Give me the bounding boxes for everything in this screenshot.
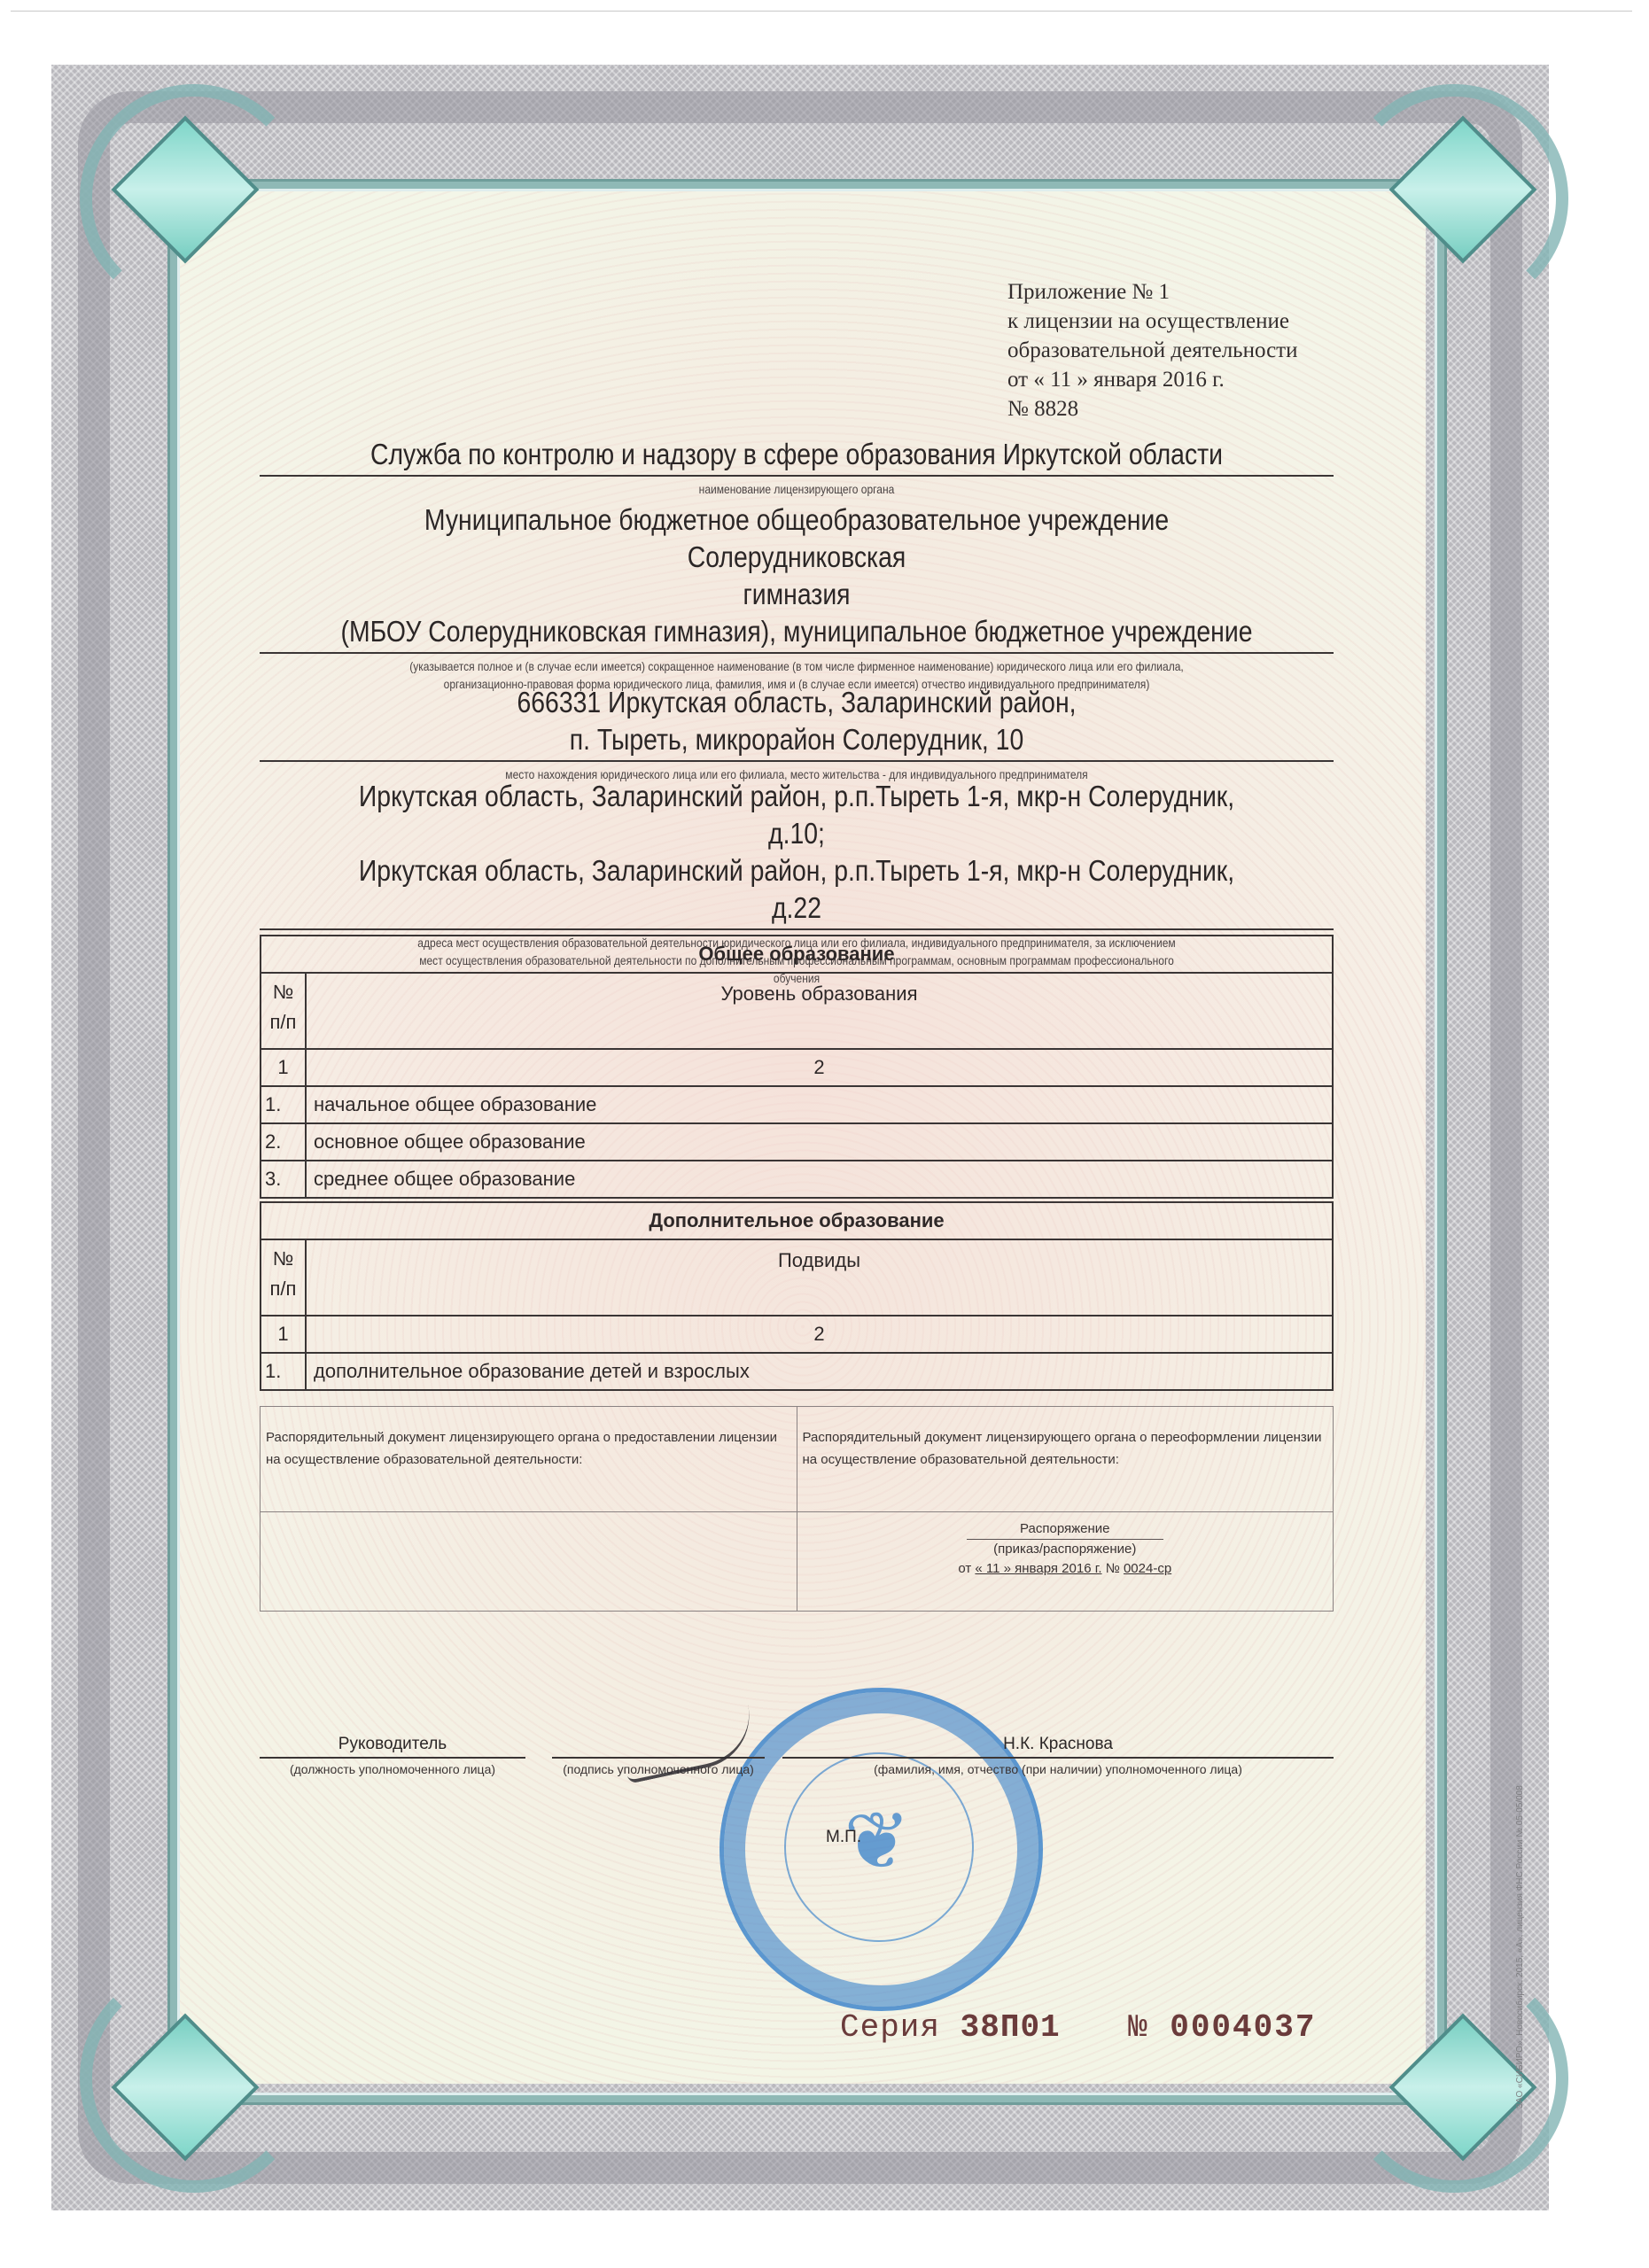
appendix-date: от « 11 » января 2016 г.	[1007, 365, 1298, 394]
corner-ornament-icon	[1365, 84, 1568, 288]
organization-field: Муниципальное бюджетное общеобразователь…	[260, 501, 1334, 693]
licensing-authority-name: Служба по контролю и надзору в сфере обр…	[335, 436, 1258, 473]
organization-name-line: (МБОУ Солерудниковская гимназия), муници…	[335, 613, 1258, 650]
appendix-header: Приложение № 1 к лицензии на осуществлен…	[1007, 277, 1298, 423]
table-row: 2. основное общее образование	[261, 1123, 1333, 1161]
section-title: Дополнительное образование	[261, 1202, 1333, 1239]
education-level: основное общее образование	[306, 1123, 1333, 1161]
row-number: 1.	[261, 1086, 306, 1123]
organization-name-line: гимназия	[335, 576, 1258, 613]
order-type: Распоряжение	[967, 1519, 1163, 1540]
corner-ornament-icon	[80, 84, 284, 288]
field-caption: (фамилия, имя, отчество (при наличии) уп…	[782, 1759, 1334, 1780]
form-series: Серия 38П01	[840, 2009, 1061, 2046]
appendix-license-number: № 8828	[1007, 394, 1298, 423]
table-row: 1. дополнительное образование детей и вз…	[261, 1353, 1333, 1390]
organization-name-line: Муниципальное бюджетное общеобразователь…	[335, 501, 1258, 576]
column-index: 2	[306, 1049, 1333, 1086]
row-number: 3.	[261, 1161, 306, 1198]
column-index: 2	[306, 1316, 1333, 1353]
field-caption: (указывается полное и (в случае если име…	[335, 657, 1258, 675]
education-level: среднее общее образование	[306, 1161, 1333, 1198]
field-rule	[260, 475, 1334, 477]
column-index: 1	[261, 1049, 306, 1086]
section-title: Общее образование	[261, 936, 1333, 973]
signature-row: Руководитель (должность уполномоченного …	[260, 1732, 1334, 1794]
page-top-rule	[11, 11, 1632, 12]
field-rule	[260, 928, 1334, 930]
appendix-title: Приложение № 1	[1007, 277, 1298, 307]
corner-ornament-icon	[1365, 1989, 1568, 2193]
legal-address-line: п. Тыреть, микрорайон Солерудник, 10	[335, 721, 1258, 758]
reissue-document-label: Распорядительный документ лицензирующего…	[797, 1407, 1334, 1512]
column-header-number: №п/п	[261, 973, 306, 1049]
licensing-authority-field: Служба по контролю и надзору в сфере обр…	[260, 436, 1334, 498]
column-header-level: Уровень образования	[306, 973, 1333, 1049]
appendix-line: к лицензии на осуществление	[1007, 307, 1298, 336]
grant-document-value	[261, 1512, 797, 1612]
order-date: « 11 » января 2016 г.	[975, 1561, 1101, 1576]
order-number: 0024-ср	[1124, 1561, 1171, 1576]
order-date-number: от « 11 » января 2016 г. № 0024-ср	[803, 1559, 1328, 1579]
activity-place-line: Иркутская область, Заларинский район, р.…	[335, 778, 1258, 852]
row-number: 2.	[261, 1123, 306, 1161]
signatory-name: Н.К. Краснова	[782, 1732, 1334, 1757]
general-education-table: Общее образование №п/п Уровень образован…	[260, 935, 1334, 1199]
order-type-caption: (приказ/распоряжение)	[803, 1540, 1328, 1559]
field-caption: (должность уполномоченного лица)	[260, 1759, 525, 1780]
signatory-position-field: Руководитель (должность уполномоченного …	[260, 1732, 525, 1780]
grant-document-label: Распорядительный документ лицензирующего…	[261, 1407, 797, 1512]
seal-place-label: М.П.	[826, 1828, 861, 1847]
field-caption: наименование лицензирующего органа	[335, 480, 1258, 498]
reissue-document-value: Распоряжение (приказ/распоряжение) от « …	[797, 1512, 1334, 1612]
education-subtype: дополнительное образование детей и взрос…	[306, 1353, 1333, 1390]
field-rule	[260, 652, 1334, 654]
administrative-documents-table: Распорядительный документ лицензирующего…	[260, 1406, 1334, 1612]
form-number: № 0004037	[1128, 2009, 1316, 2046]
column-header-subtypes: Подвиды	[306, 1239, 1333, 1316]
table-row: 3. среднее общее образование	[261, 1161, 1333, 1198]
signatory-name-field: Н.К. Краснова (фамилия, имя, отчество (п…	[782, 1732, 1334, 1780]
appendix-line: образовательной деятельности	[1007, 336, 1298, 365]
legal-address-field: 666331 Иркутская область, Заларинский ра…	[260, 684, 1334, 783]
activity-place-line: Иркутская область, Заларинский район, р.…	[335, 852, 1258, 927]
signatory-position: Руководитель	[260, 1732, 525, 1757]
additional-education-table: Дополнительное образование №п/п Подвиды …	[260, 1201, 1334, 1391]
education-level: начальное общее образование	[306, 1086, 1333, 1123]
row-number: 1.	[261, 1353, 306, 1390]
printer-imprint: ЗАО «СИБИРО», Новосибирск, 2015, «А», ли…	[1515, 1785, 1525, 2109]
column-index: 1	[261, 1316, 306, 1353]
table-row: 1. начальное общее образование	[261, 1086, 1333, 1123]
column-header-number: №п/п	[261, 1239, 306, 1316]
field-rule	[260, 760, 1334, 762]
corner-ornament-icon	[80, 1989, 284, 2193]
legal-address-line: 666331 Иркутская область, Заларинский ра…	[335, 684, 1258, 721]
